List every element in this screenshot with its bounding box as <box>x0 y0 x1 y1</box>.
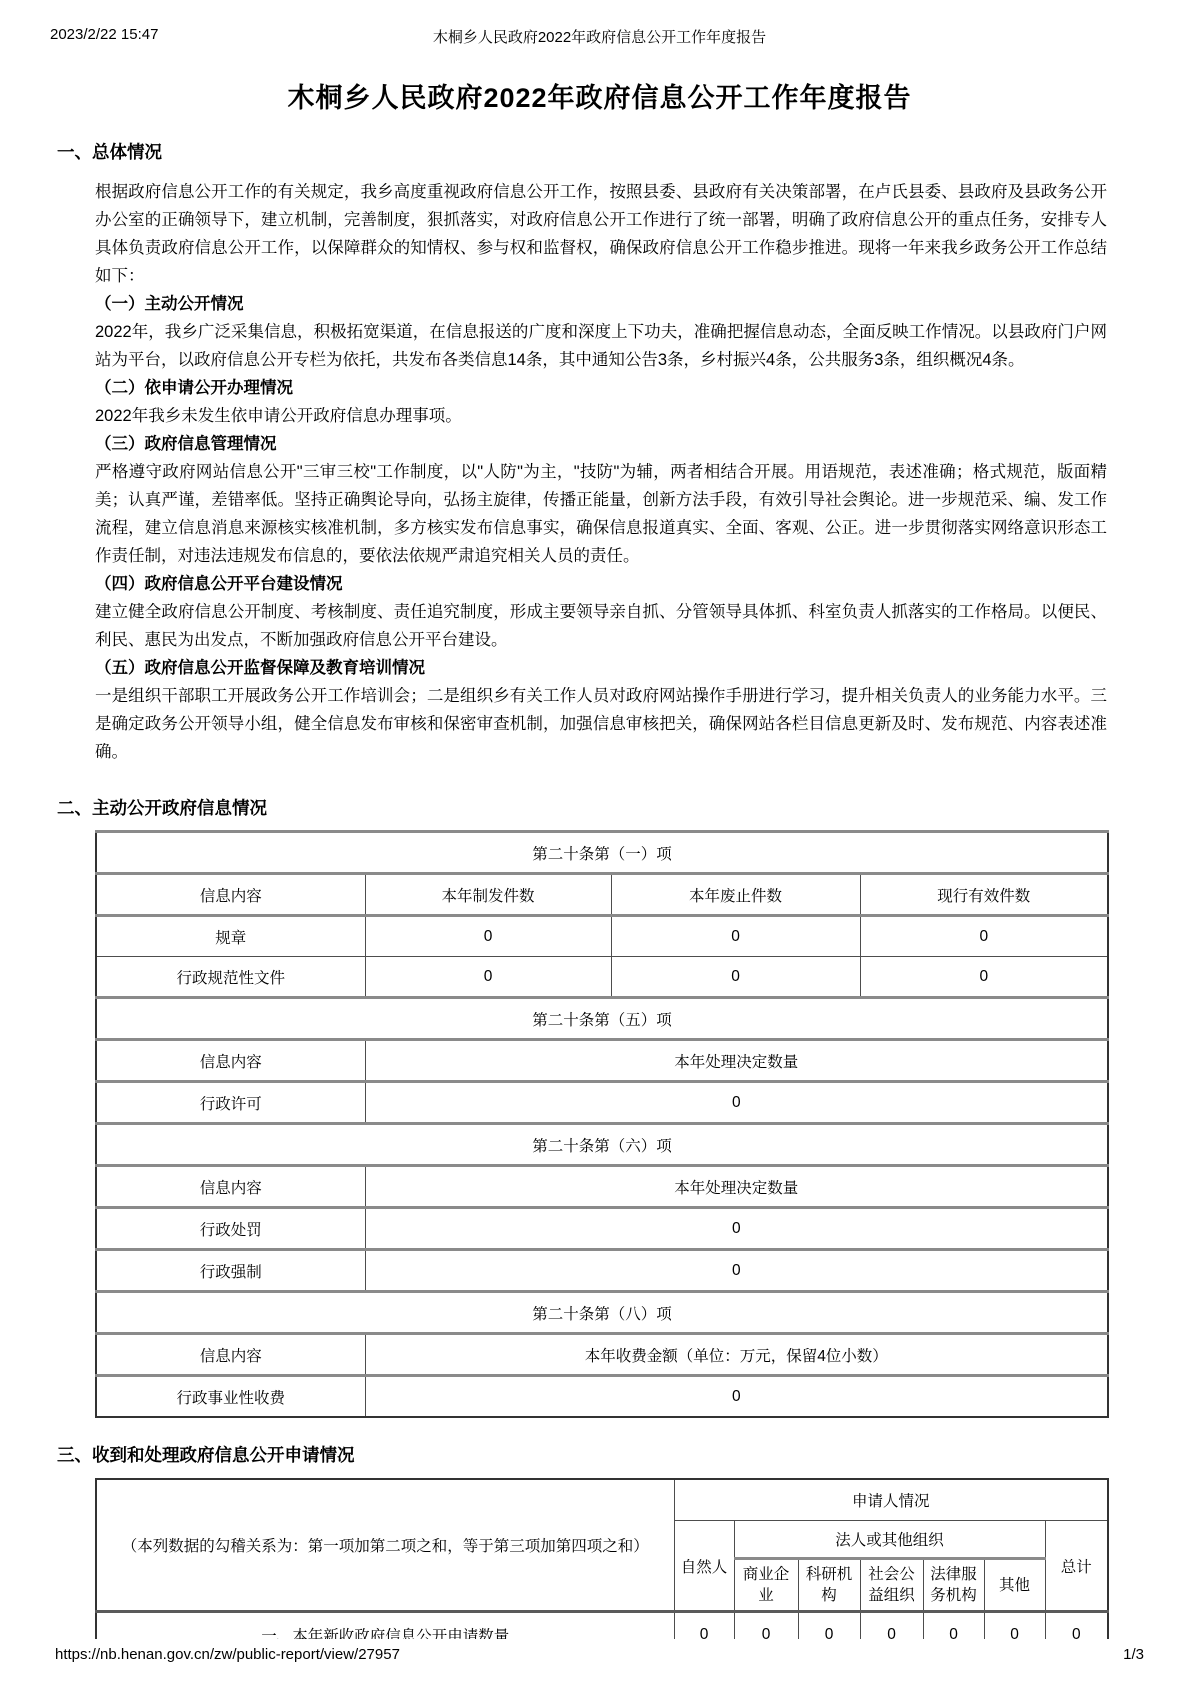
subsection-body-3: 严格遵守政府网站信息公开"三审三校"工作制度，以"人防"为主，"技防"为辅，两者… <box>95 458 1107 570</box>
table1-cell: 行政规范性文件 <box>96 957 365 998</box>
table2-value: 0 <box>923 1612 984 1640</box>
table1-header-cell: 信息内容 <box>96 874 365 916</box>
table2-org-col: 商业企业 <box>734 1559 798 1612</box>
table1-header-cell: 信息内容 <box>96 1166 365 1208</box>
table1-wrapper: 第二十条第（一）项 信息内容 本年制发件数 本年废止件数 现行有效件数 规章 0… <box>57 830 1109 1418</box>
table-proactive-disclosure: 第二十条第（一）项 信息内容 本年制发件数 本年废止件数 现行有效件数 规章 0… <box>95 830 1109 1418</box>
table1-header-cell: 本年收费金额（单位：万元，保留4位小数） <box>365 1334 1108 1376</box>
table-row: 规章 0 0 0 <box>96 916 1108 957</box>
table-requests: （本列数据的勾稽关系为：第一项加第二项之和，等于第三项加第四项之和） 申请人情况… <box>95 1478 1109 1639</box>
table-row: 一、本年新收政府信息公开申请数量 0 0 0 0 0 0 0 <box>96 1612 1108 1640</box>
table1-header-cell: 本年制发件数 <box>365 874 611 916</box>
table-row: 信息内容 本年处理决定数量 <box>96 1166 1108 1208</box>
table-row: 行政事业性收费 0 <box>96 1376 1108 1418</box>
section1-body: 根据政府信息公开工作的有关规定，我乡高度重视政府信息公开工作，按照县委、县政府有… <box>95 178 1107 766</box>
footer-url: https://nb.henan.gov.cn/zw/public-report… <box>55 1646 400 1663</box>
subsection-body-4: 建立健全政府信息公开制度、考核制度、责任追究制度，形成主要领导亲自抓、分管领导具… <box>95 598 1107 654</box>
table-row: 第二十条第（八）项 <box>96 1292 1108 1334</box>
table2-value: 0 <box>798 1612 860 1640</box>
table2-value: 0 <box>1045 1612 1108 1640</box>
table2-wrapper: （本列数据的勾稽关系为：第一项加第二项之和，等于第三项加第四项之和） 申请人情况… <box>57 1478 1109 1639</box>
table1-cell: 0 <box>611 916 860 957</box>
table1-cell: 0 <box>365 1082 1108 1124</box>
table2-value: 0 <box>984 1612 1045 1640</box>
table2-col-natural-person: 自然人 <box>674 1521 734 1612</box>
section1-heading: 一、总体情况 <box>57 140 1109 164</box>
subsection-heading-5: （五）政府信息公开监督保障及教育培训情况 <box>95 654 1107 682</box>
table1-cell: 0 <box>365 1376 1108 1418</box>
table2-org-col: 科研机构 <box>798 1559 860 1612</box>
table2-note-cell: （本列数据的勾稽关系为：第一项加第二项之和，等于第三项加第四项之和） <box>96 1479 674 1612</box>
subsection-body-5: 一是组织干部职工开展政务公开工作培训会；二是组织乡有关工作人员对政府网站操作手册… <box>95 682 1107 766</box>
table1-header-cell: 信息内容 <box>96 1040 365 1082</box>
report-page: 木桐乡人民政府2022年政府信息公开工作年度报告 2023/2/22 15:47… <box>0 0 1199 1696</box>
page-number: 1/3 <box>1123 1646 1144 1663</box>
table-row: 行政许可 0 <box>96 1082 1108 1124</box>
table-row: （本列数据的勾稽关系为：第一项加第二项之和，等于第三项加第四项之和） 申请人情况 <box>96 1479 1108 1521</box>
table-row: 信息内容 本年处理决定数量 <box>96 1040 1108 1082</box>
print-header: 木桐乡人民政府2022年政府信息公开工作年度报告 2023/2/22 15:47 <box>50 26 1149 46</box>
subsection-heading-3: （三）政府信息管理情况 <box>95 430 1107 458</box>
subsection-body-1: 2022年，我乡广泛采集信息，积极拓宽渠道，在信息报送的广度和深度上下功夫，准确… <box>95 318 1107 374</box>
table1-header-cell: 本年废止件数 <box>611 874 860 916</box>
table1-cell: 行政处罚 <box>96 1208 365 1250</box>
table1-cell: 0 <box>860 957 1108 998</box>
print-footer: https://nb.henan.gov.cn/zw/public-report… <box>55 1646 1144 1666</box>
table2-value: 0 <box>674 1612 734 1640</box>
table2-org-col: 社会公益组织 <box>860 1559 923 1612</box>
table-row: 行政规范性文件 0 0 0 <box>96 957 1108 998</box>
table1-cell: 0 <box>860 916 1108 957</box>
table1-header-cell: 本年处理决定数量 <box>365 1040 1108 1082</box>
table1-section-b: 第二十条第（五）项 <box>96 998 1108 1040</box>
table2-col-org-group: 法人或其他组织 <box>734 1521 1045 1559</box>
print-header-doc-title: 木桐乡人民政府2022年政府信息公开工作年度报告 <box>50 26 1149 47</box>
subsection-heading-2: （二）依申请公开办理情况 <box>95 374 1107 402</box>
table2-applicant-header: 申请人情况 <box>674 1479 1108 1521</box>
table1-header-cell: 本年处理决定数量 <box>365 1166 1108 1208</box>
table1-cell: 0 <box>611 957 860 998</box>
subsection-body-2: 2022年我乡未发生依申请公开政府信息办理事项。 <box>95 402 1107 430</box>
table2-row-label: 一、本年新收政府信息公开申请数量 <box>96 1612 674 1640</box>
table1-cell: 行政强制 <box>96 1250 365 1292</box>
table2-value: 0 <box>860 1612 923 1640</box>
table1-section-c: 第二十条第（六）项 <box>96 1124 1108 1166</box>
table-row: 行政处罚 0 <box>96 1208 1108 1250</box>
table1-cell: 0 <box>365 916 611 957</box>
table1-section-a: 第二十条第（一）项 <box>96 832 1108 874</box>
table-row: 第二十条第（五）项 <box>96 998 1108 1040</box>
subsection-heading-1: （一）主动公开情况 <box>95 290 1107 318</box>
table1-cell: 行政事业性收费 <box>96 1376 365 1418</box>
document-content: 一、总体情况 根据政府信息公开工作的有关规定，我乡高度重视政府信息公开工作，按照… <box>57 140 1109 1639</box>
table-row: 行政强制 0 <box>96 1250 1108 1292</box>
table1-cell: 0 <box>365 1208 1108 1250</box>
section2-heading: 二、主动公开政府信息情况 <box>57 796 1109 820</box>
table1-cell: 0 <box>365 957 611 998</box>
section3-heading: 三、收到和处理政府信息公开申请情况 <box>57 1443 1109 1467</box>
table2-org-col: 其他 <box>984 1559 1045 1612</box>
table2-org-col: 法律服务机构 <box>923 1559 984 1612</box>
paragraph-intro: 根据政府信息公开工作的有关规定，我乡高度重视政府信息公开工作，按照县委、县政府有… <box>95 178 1107 290</box>
table1-cell: 0 <box>365 1250 1108 1292</box>
page-title: 木桐乡人民政府2022年政府信息公开工作年度报告 <box>0 76 1199 115</box>
table2-value: 0 <box>734 1612 798 1640</box>
table-row: 信息内容 本年制发件数 本年废止件数 现行有效件数 <box>96 874 1108 916</box>
subsection-heading-4: （四）政府信息公开平台建设情况 <box>95 570 1107 598</box>
table-row: 信息内容 本年收费金额（单位：万元，保留4位小数） <box>96 1334 1108 1376</box>
table-row: 第二十条第（一）项 <box>96 832 1108 874</box>
table1-header-cell: 现行有效件数 <box>860 874 1108 916</box>
print-timestamp: 2023/2/22 15:47 <box>50 26 158 43</box>
table1-section-d: 第二十条第（八）项 <box>96 1292 1108 1334</box>
table1-cell: 行政许可 <box>96 1082 365 1124</box>
table1-cell: 规章 <box>96 916 365 957</box>
table-row: 第二十条第（六）项 <box>96 1124 1108 1166</box>
table2-col-total: 总计 <box>1045 1521 1108 1612</box>
table1-header-cell: 信息内容 <box>96 1334 365 1376</box>
